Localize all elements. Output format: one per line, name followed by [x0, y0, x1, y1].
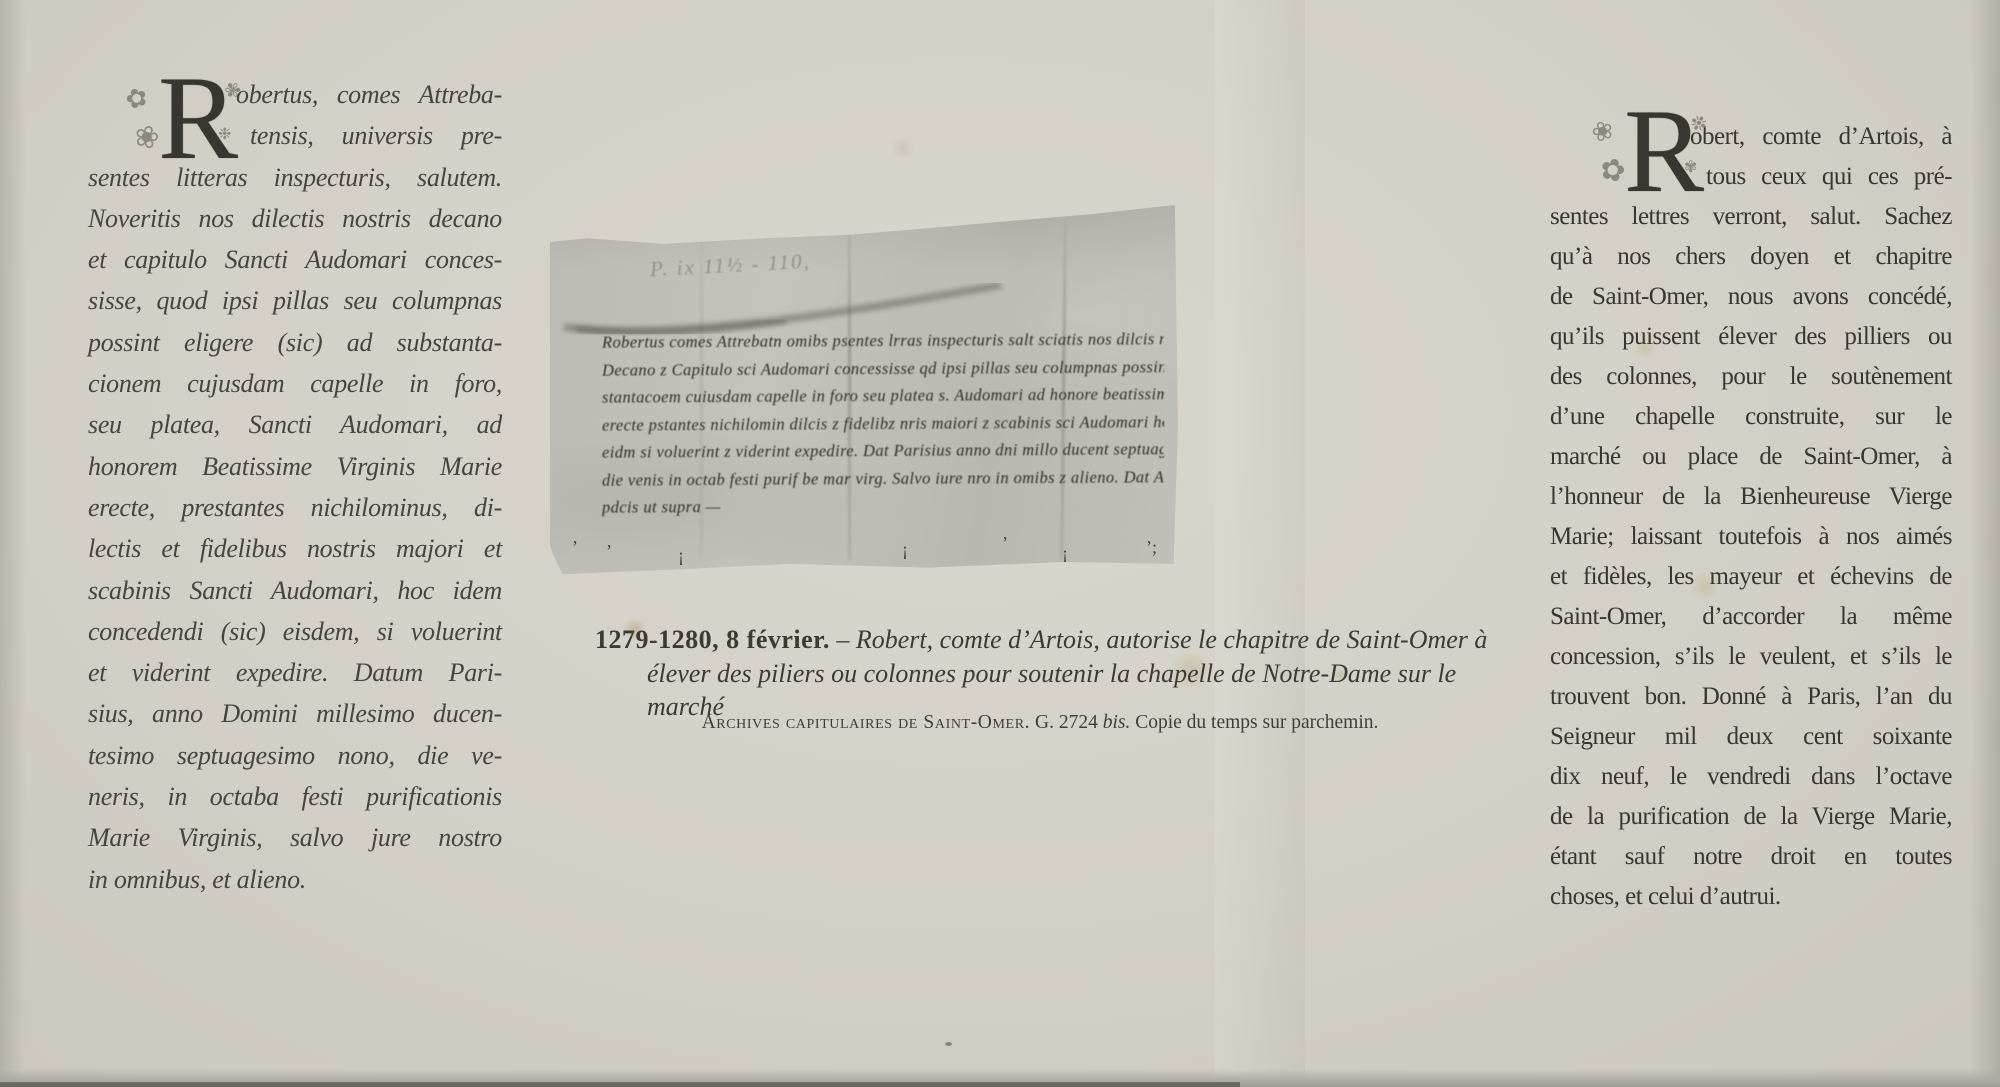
french-translation-column: ❀ ✿ ❉ ✾ R obert, comte d’Artois, àtous c…: [1550, 117, 1952, 917]
text-line: de Saint-Omer, nous avons concédé,: [1550, 277, 1952, 317]
text-line: dix neuf, le vendredi dans l’octave: [1550, 757, 1952, 797]
text-line: seu platea, Sancti Audomari, ad: [88, 404, 502, 445]
text-line: sentes lettres verront, salut. Sachez: [1550, 197, 1952, 237]
page-gutter-shade: [1215, 0, 1305, 1087]
caption-dash: –: [836, 625, 849, 654]
drop-cap-letter: R: [1624, 91, 1704, 211]
french-text-lines: obert, comte d’Artois, àtous ceux qui ce…: [1550, 117, 1952, 917]
text-line: et viderint expedire. Datum Pari-: [88, 652, 502, 693]
parchment-fold-marks: ’ ’ ¡ ¡ ’ ¡ ’;: [550, 537, 1178, 561]
text-line: et fidèles, les mayeur et échevins de: [1550, 557, 1952, 597]
latin-text-lines: obertus, comes Attreba-tensis, universis…: [88, 74, 502, 900]
archive-reference-bis: bis.: [1103, 712, 1131, 733]
text-line: erecte pstantes nichilomin dilcis z fide…: [602, 408, 1164, 439]
text-line: trouvent bon. Donné à Paris, l’an du: [1550, 677, 1952, 717]
text-line: qu’à nos chers doyen et chapitre: [1550, 237, 1952, 277]
latin-transcription-column: ✿ ❀ ✾ ❉ R obertus, comes Attreba-tensis,…: [88, 74, 502, 900]
text-line: concession, s’ils le veulent, et s’ils l…: [1550, 637, 1952, 677]
latin-drop-cap: ✿ ❀ ✾ ❉ R: [132, 58, 282, 168]
text-line: Decano z Capitulo sci Audomari concessis…: [602, 353, 1164, 384]
archive-note: Copie du temps sur parchemin.: [1135, 712, 1378, 733]
page-bottom-dark-edge: [0, 1082, 1240, 1087]
text-line: possint eligere (sic) ad substanta-: [88, 322, 502, 363]
text-line: Marie; laissant toutefois à nos aimés: [1550, 517, 1952, 557]
caption-date: 1279-1280, 8 février.: [595, 625, 830, 654]
text-line: Noveritis nos dilectis nostris decano: [88, 198, 502, 239]
drop-cap-letter: R: [158, 58, 238, 178]
text-line: sius, anno Domini millesimo ducen-: [88, 693, 502, 734]
text-line: Seigneur mil deux cent soixante: [1550, 717, 1952, 757]
text-line: sisse, quod ipsi pillas seu columpnas: [88, 280, 502, 321]
text-line: de la purification de la Vierge Marie,: [1550, 797, 1952, 837]
page-right-shadow: [1970, 0, 2000, 1087]
text-line: Saint-Omer, d’accorder la même: [1550, 597, 1952, 637]
text-line: des colonnes, pour le soutènement: [1550, 357, 1952, 397]
text-line: marché ou place de Saint-Omer, à: [1550, 437, 1952, 477]
text-line: choses, et celui d’autrui.: [1550, 877, 1952, 917]
archive-name: Archives capitulaires de Saint-Omer.: [702, 712, 1031, 733]
page-left-shadow: [0, 0, 26, 1087]
text-line: stantacoem cuiusdam capelle in foro seu …: [602, 380, 1164, 411]
foxing-stain: [888, 138, 918, 158]
text-line: Robertus comes Attrebatn omibs psentes l…: [602, 325, 1164, 356]
text-line: qu’ils puissent élever des pilliers ou: [1550, 317, 1952, 357]
text-line: die venis in octab festi purif be mar vi…: [602, 463, 1164, 494]
text-line: erecte, prestantes nichilominus, di-: [88, 487, 502, 528]
text-line: honorem Beatissime Virginis Marie: [88, 446, 502, 487]
french-drop-cap: ❀ ✿ ❉ ✾ R: [1598, 91, 1748, 201]
text-line: l’honneur de la Bienheureuse Vierge: [1550, 477, 1952, 517]
plate-caption: 1279-1280, 8 février. – Robert, comte d’…: [595, 623, 1505, 724]
paper-speck: [945, 1042, 952, 1046]
parchment-facsimile-photo: P. ix 11½ - 110, Robertus comes Attrebat…: [550, 205, 1178, 575]
text-line: in omnibus, et alieno.: [88, 859, 502, 900]
text-line: Marie Virginis, salvo jure nostro: [88, 817, 502, 858]
text-line: cionem cujusdam capelle in foro,: [88, 363, 502, 404]
text-line: concedendi (sic) eisdem, si voluerint: [88, 611, 502, 652]
text-line: pdcis ut supra —: [602, 490, 1164, 521]
text-line: étant sauf notre droit en toutes: [1550, 837, 1952, 877]
manuscript-script-lines: Robertus comes Attrebatn omibs psentes l…: [602, 327, 1164, 520]
text-line: neris, in octaba festi purificationis: [88, 776, 502, 817]
archive-source-line: Archives capitulaires de Saint-Omer. G. …: [580, 712, 1500, 734]
text-line: tensis, universis pre-: [250, 115, 502, 156]
text-line: scabinis Sancti Audomari, hoc idem: [88, 570, 502, 611]
text-line: lectis et fidelibus nostris majori et: [88, 528, 502, 569]
archive-reference: G. 2724: [1035, 712, 1098, 733]
text-line: d’une chapelle construite, sur le: [1550, 397, 1952, 437]
text-line: et capitulo Sancti Audomari conces-: [88, 239, 502, 280]
text-line: tesimo septuagesimo nono, die ve-: [88, 735, 502, 776]
text-line: eidm si voluerint z viderint expedire. D…: [602, 435, 1164, 466]
